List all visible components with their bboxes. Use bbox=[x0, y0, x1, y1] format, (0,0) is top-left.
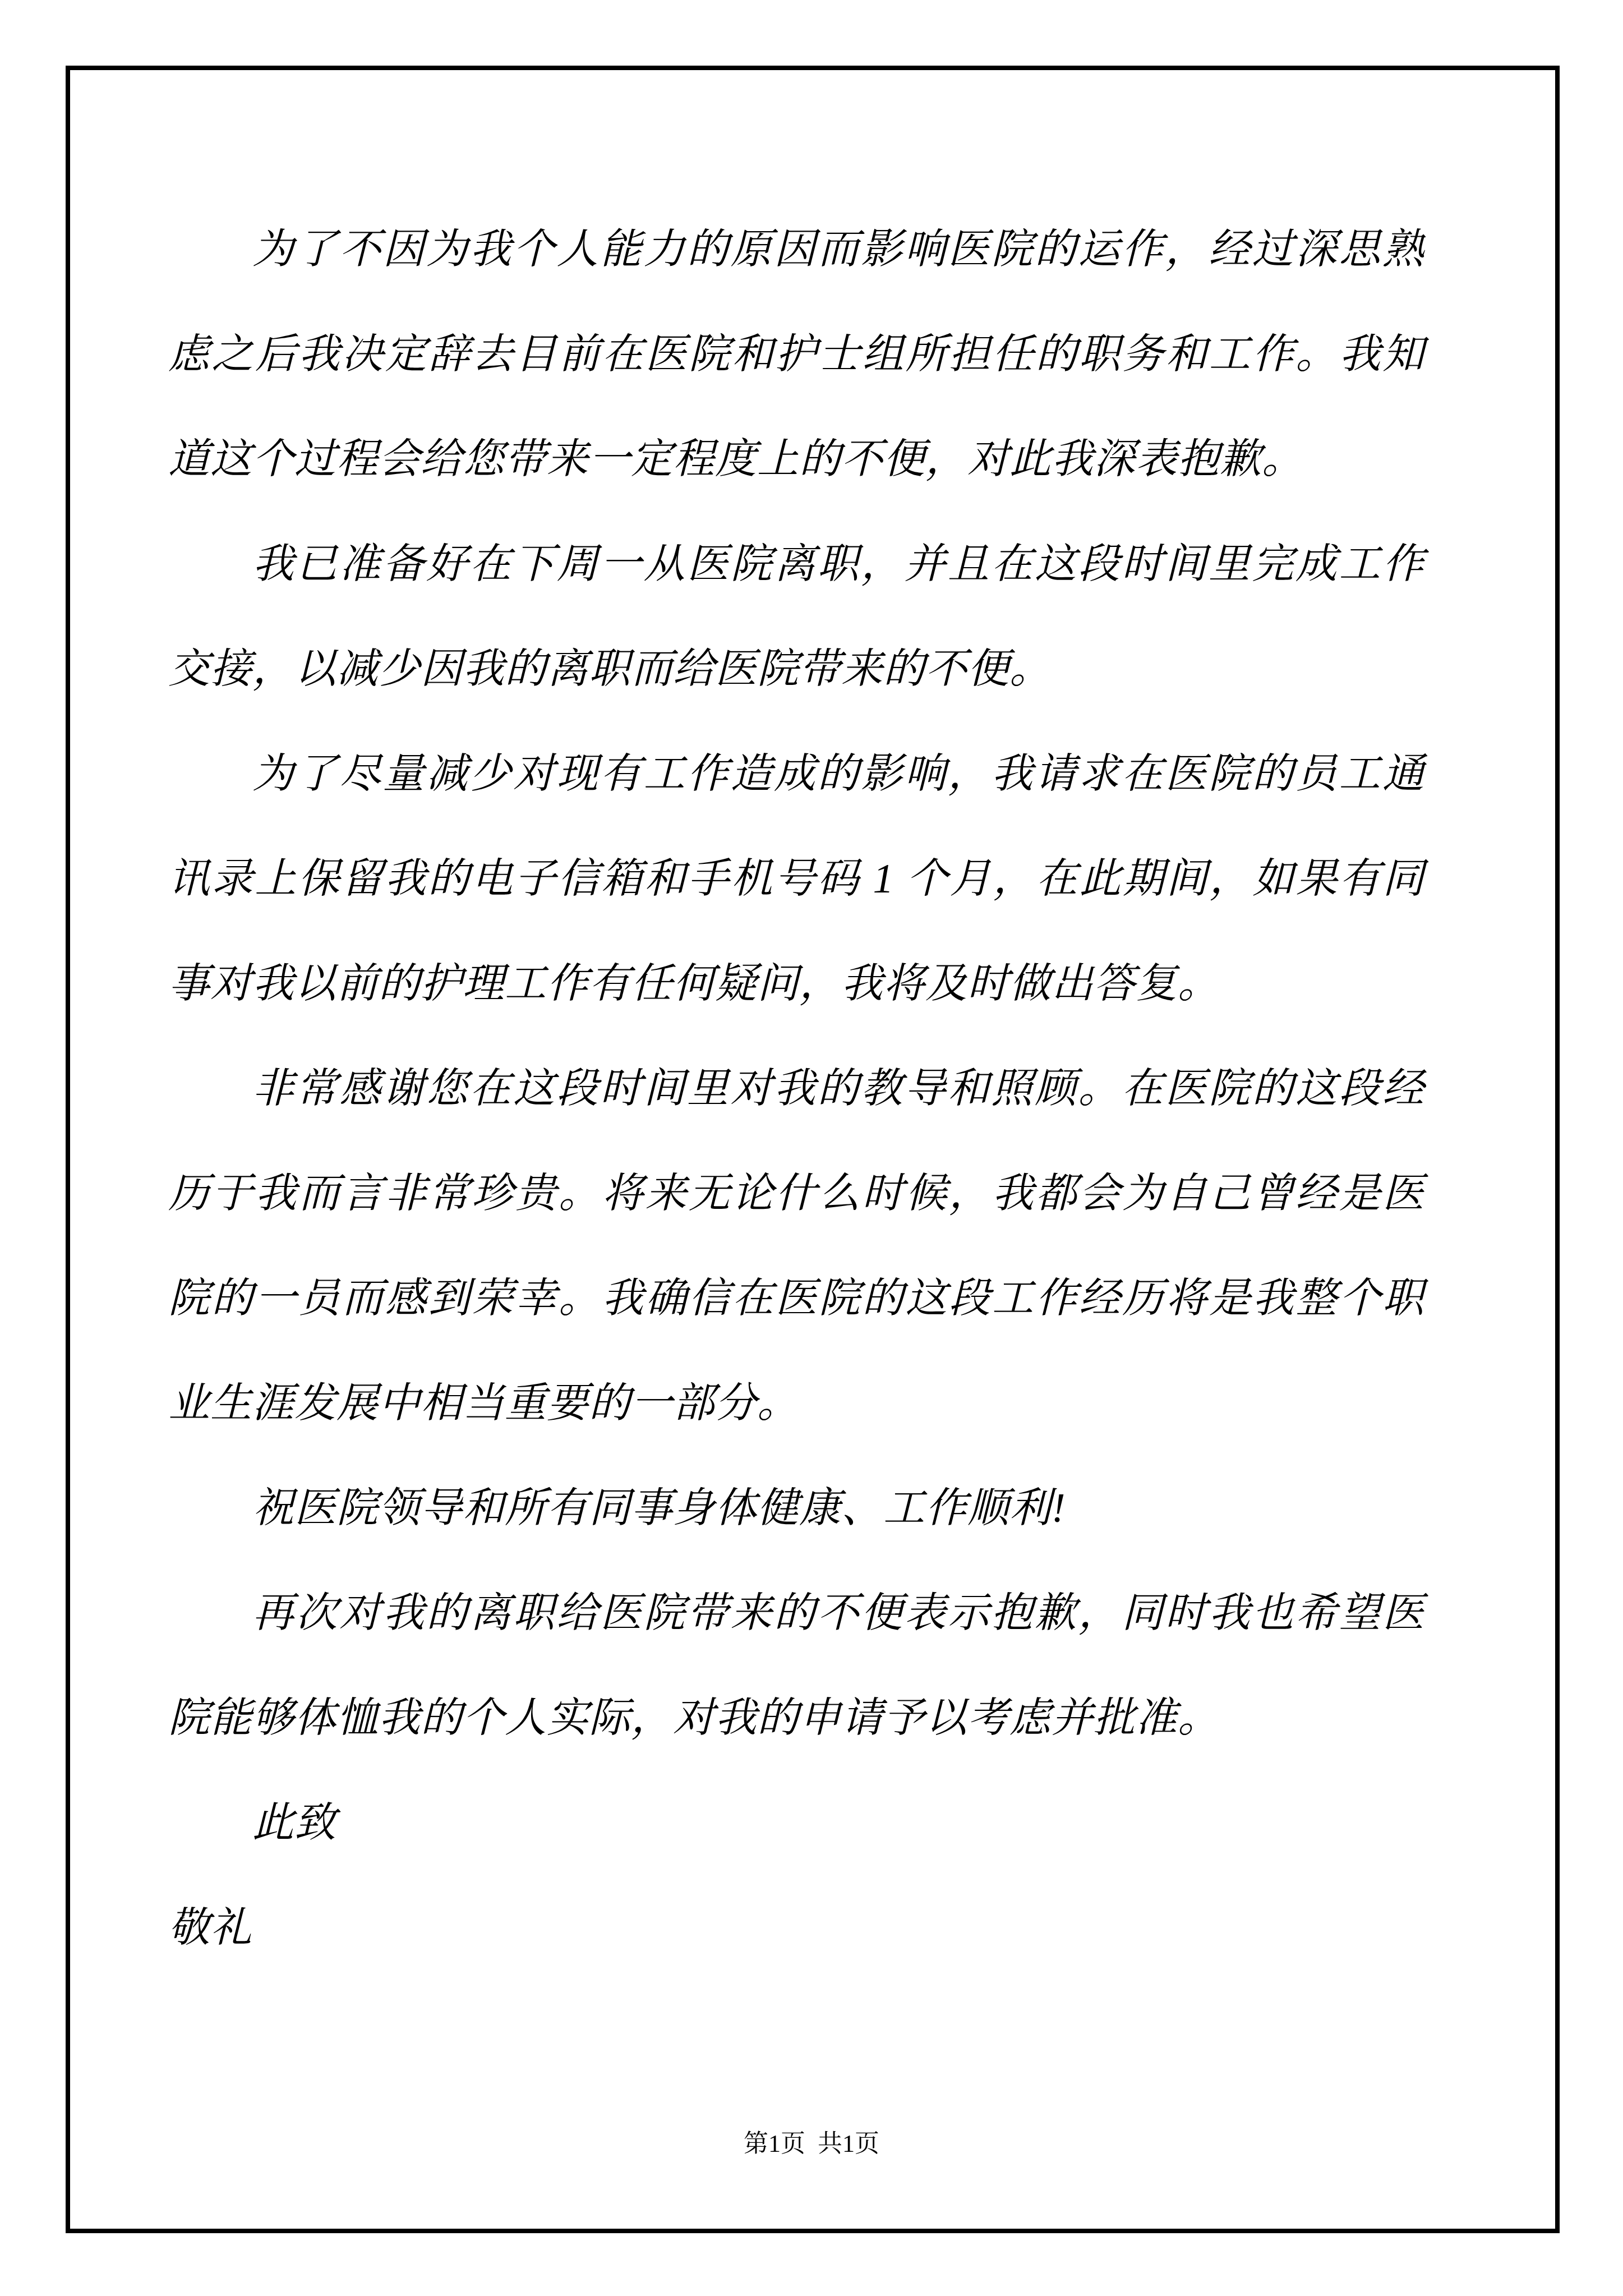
paragraph: 我已准备好在下周一从医院离职，并且在这段时间里完成工作交接，以减少因我的离职而给… bbox=[168, 512, 1424, 722]
letter-body: 为了不因为我个人能力的原因而影响医院的运作，经过深思熟虑之后我决定辞去目前在医院… bbox=[168, 197, 1424, 1981]
paragraph: 再次对我的离职给医院带来的不便表示抱歉，同时我也希望医院能够体恤我的个人实际，对… bbox=[168, 1561, 1424, 1771]
page-footer: 第1页 共1页 bbox=[0, 2126, 1623, 2162]
paragraph: 此致 bbox=[168, 1771, 1424, 1876]
document-page: { "colors": { "page_background": "#fffff… bbox=[0, 0, 1623, 2296]
paragraph: 为了不因为我个人能力的原因而影响医院的运作，经过深思熟虑之后我决定辞去目前在医院… bbox=[168, 197, 1424, 512]
paragraph: 非常感谢您在这段时间里对我的教导和照顾。在医院的这段经历于我而言非常珍贵。将来无… bbox=[168, 1037, 1424, 1456]
paragraph: 为了尽量减少对现有工作造成的影响，我请求在医院的员工通讯录上保留我的电子信箱和手… bbox=[168, 722, 1424, 1037]
paragraph: 敬礼 bbox=[168, 1876, 1424, 1981]
paragraph: 祝医院领导和所有同事身体健康、工作顺利! bbox=[168, 1456, 1424, 1561]
